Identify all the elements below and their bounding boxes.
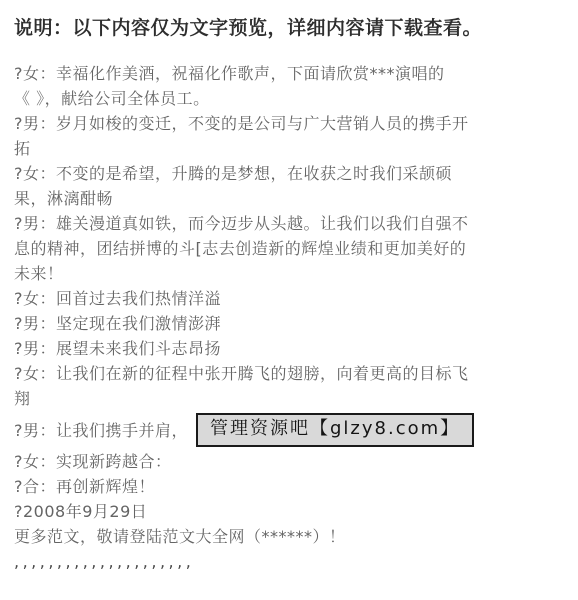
- text-line: 翔: [14, 386, 568, 411]
- text-line: ?女：回首过去我们热情洋溢: [14, 286, 568, 311]
- text-line: 《 》，献给公司全体员工。: [14, 86, 568, 111]
- dots-line: ,,,,,,,,,,,,,,,,,,,,,: [14, 549, 568, 574]
- text-line: ?女：实现新跨越合：: [14, 449, 568, 474]
- line-text: 更多范文，敬请登陆范文大全网（******）！: [14, 527, 346, 546]
- text-line: 果，淋漓酣畅: [14, 186, 568, 211]
- document-preview: 说明：以下内容仅为文字预览，详细内容请下载查看。 ?女：幸福化作美酒，祝福化作歌…: [0, 0, 578, 574]
- text-line: ?男：雄关漫道真如铁，而今迈步从头越。让我们以我们自强不: [14, 211, 568, 236]
- line-text: ?女：实现新跨越合：: [14, 452, 172, 471]
- text-line: ?女：幸福化作美酒，祝福化作歌声，下面请欣赏***演唱的: [14, 61, 568, 86]
- text-line: ?男：坚定现在我们激情澎湃: [14, 311, 568, 336]
- line-text: 未来！: [14, 264, 64, 283]
- text-line: 息的精神，团结拼博的斗[志去创造新的辉煌业绩和更加美好的: [14, 236, 568, 261]
- line-text: ?女：不变的是希望，升腾的是梦想，在收获之时我们采颉硕: [14, 164, 452, 183]
- preview-text-body: ?女：幸福化作美酒，祝福化作歌声，下面请欣赏***演唱的《 》，献给公司全体员工…: [14, 61, 568, 574]
- preview-disclaimer-title: 说明：以下内容仅为文字预览，详细内容请下载查看。: [14, 16, 568, 40]
- text-line: 更多范文，敬请登陆范文大全网（******）！: [14, 524, 568, 549]
- line-text: ?男：展望未来我们斗志昂扬: [14, 339, 221, 358]
- line-text: 果，淋漓酣畅: [14, 189, 113, 208]
- line-text: ?男：坚定现在我们激情澎湃: [14, 314, 221, 333]
- line-text: ?2008年9月29日: [14, 502, 147, 521]
- line-text: ?女：回首过去我们热情洋溢: [14, 289, 221, 308]
- line-text: 翔: [14, 389, 31, 408]
- text-line: 拓: [14, 136, 568, 161]
- text-line: ?男：展望未来我们斗志昂扬: [14, 336, 568, 361]
- line-text: ?男：让我们携手并肩，: [14, 418, 188, 443]
- text-line: ?女：让我们在新的征程中张开腾飞的翅膀，向着更高的目标飞: [14, 361, 568, 386]
- glzy8-watermark-box: 管理资源吧【glzy8.com】: [196, 413, 474, 447]
- text-line: ?男：岁月如梭的变迁，不变的是公司与广大营销人员的携手开: [14, 111, 568, 136]
- line-text: ?男：雄关漫道真如铁，而今迈步从头越。让我们以我们自强不: [14, 214, 469, 233]
- text-line: ?2008年9月29日: [14, 499, 568, 524]
- text-line: ?男：让我们携手并肩，管理资源吧【glzy8.com】: [14, 411, 568, 449]
- line-text: 息的精神，团结拼博的斗[志去创造新的辉煌业绩和更加美好的: [14, 239, 466, 258]
- line-text: ,,,,,,,,,,,,,,,,,,,,,: [14, 552, 194, 571]
- line-text: ?男：岁月如梭的变迁，不变的是公司与广大营销人员的携手开: [14, 114, 469, 133]
- line-text: 《 》，献给公司全体员工。: [14, 89, 210, 108]
- text-line: 未来！: [14, 261, 568, 286]
- line-text: ?合：再创新辉煌！: [14, 477, 155, 496]
- text-line: ?合：再创新辉煌！: [14, 474, 568, 499]
- text-line: ?女：不变的是希望，升腾的是梦想，在收获之时我们采颉硕: [14, 161, 568, 186]
- line-text: ?女：让我们在新的征程中张开腾飞的翅膀，向着更高的目标飞: [14, 364, 469, 383]
- line-text: 拓: [14, 139, 31, 158]
- line-text: ?女：幸福化作美酒，祝福化作歌声，下面请欣赏***演唱的: [14, 64, 445, 83]
- preview-page: { "page": { "title": "说明：以下内容仅为文字预览，详细内容…: [0, 0, 578, 600]
